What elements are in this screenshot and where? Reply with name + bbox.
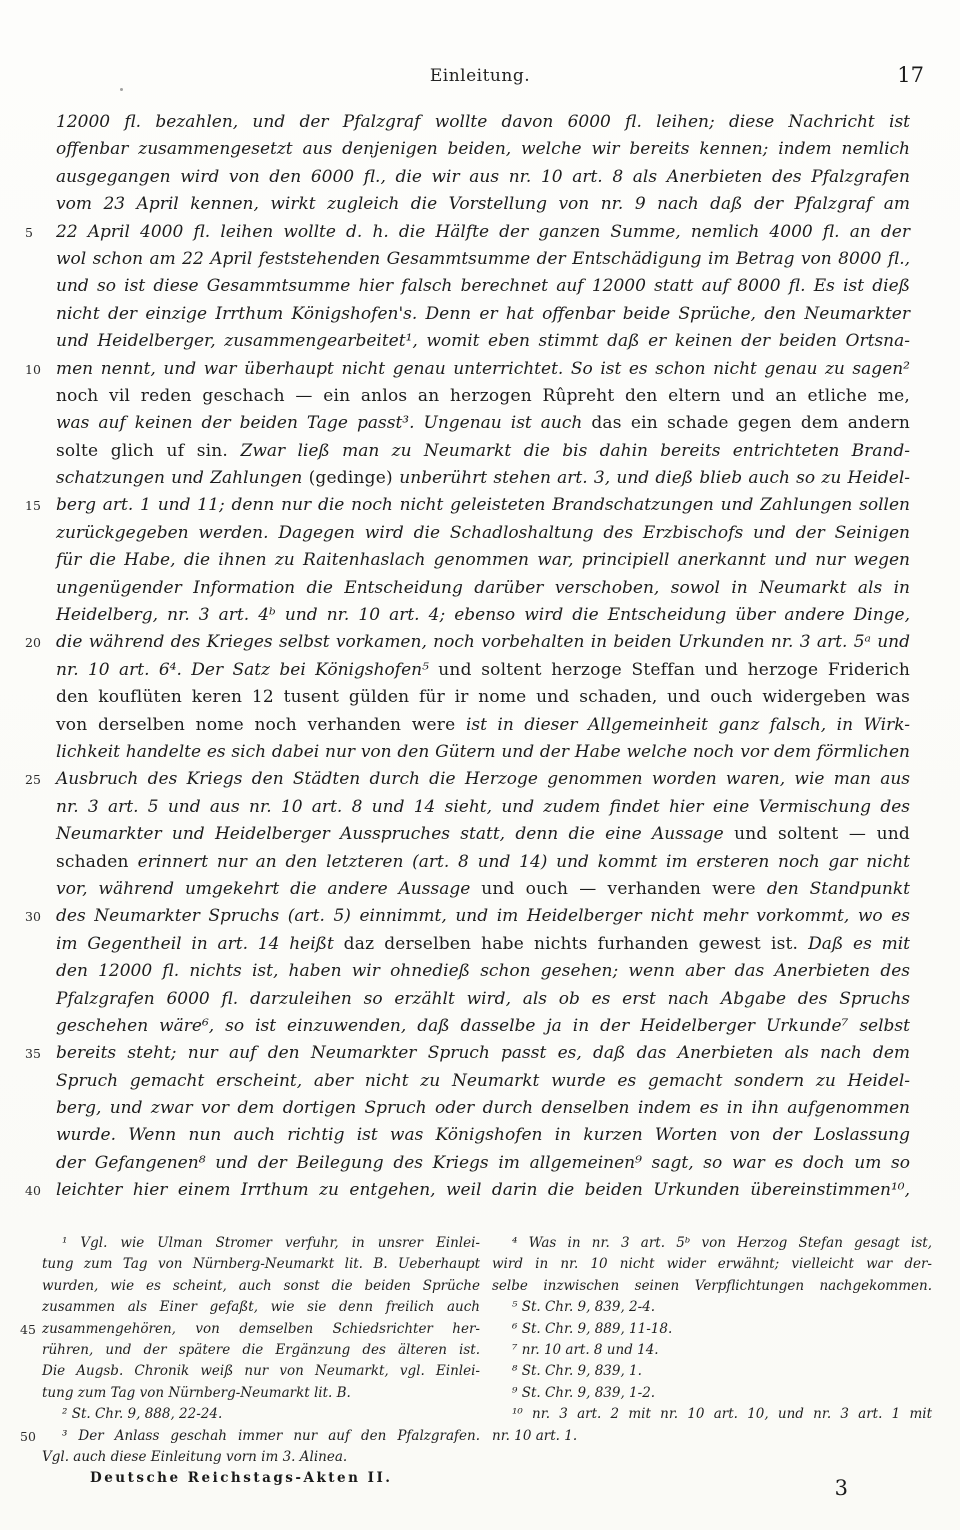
- margin-line-number: 30: [25, 903, 41, 930]
- text-segment: daz derselben habe nichts furhanden gewe…: [344, 934, 808, 954]
- text-line: Pfalzgrafen 6000 fl. darzuleihen so erzä…: [56, 986, 910, 1013]
- margin-line-number: 45: [20, 1319, 36, 1340]
- text-line: Spruch gemacht erscheint, aber nicht zu …: [56, 1068, 910, 1095]
- text-segment: wird in nr. 10 nicht wider erwähnt; viel…: [492, 1256, 932, 1272]
- text-line: nr. 10 art. 6⁴. Der Satz bei Königshofen…: [56, 657, 910, 684]
- text-segment: vom 23 April kennen, wirkt zugleich die …: [56, 194, 910, 214]
- text-segment: geschehen wäre⁶, so ist einzuwenden, daß…: [56, 1016, 910, 1036]
- text-segment: leichter hier einem Irrthum zu entgehen,…: [56, 1180, 910, 1200]
- text-line: von derselben nome noch verhanden were i…: [56, 712, 910, 739]
- text-segment: Neumarkter und Heidelberger Ausspruches …: [56, 824, 734, 844]
- text-segment: nr. 10 art. 6⁴. Der Satz bei Königshofen…: [56, 660, 438, 680]
- text-segment: bereits steht; nur auf den Neumarkter Sp…: [56, 1043, 910, 1063]
- text-segment: zurückgegeben werden. Dagegen wird die S…: [56, 523, 910, 543]
- text-segment: ist in dieser Allgemeinheit ganz falsch,…: [466, 715, 910, 735]
- margin-line-number: 15: [25, 492, 41, 519]
- text-line: ⁸ St. Chr. 9, 839, 1.: [492, 1361, 932, 1382]
- text-segment: ⁷ nr. 10 art. 8 und 14.: [512, 1342, 659, 1358]
- text-line: im Gegentheil in art. 14 heißt daz derse…: [56, 931, 910, 958]
- text-line: nr. 10 art. 1.: [492, 1426, 932, 1447]
- text-segment: den kouflüten keren 12 tusent gülden für…: [56, 687, 910, 707]
- series-title: Deutsche Reichstags-Akten II.: [90, 1470, 392, 1486]
- text-segment: offenbar zusammengesetzt aus denjenigen …: [56, 139, 910, 159]
- text-segment: von derselben nome noch verhanden were: [56, 715, 466, 735]
- text-segment: ¹⁰ nr. 3 art. 2 mit nr. 10 art. 10, und …: [512, 1406, 932, 1422]
- text-segment: tung zum Tag von Nürnberg-Neumarkt lit. …: [42, 1385, 351, 1401]
- text-segment: Spruch gemacht erscheint, aber nicht zu …: [56, 1071, 910, 1091]
- text-segment: Heidelberg, nr. 3 art. 4ᵇ und nr. 10 art…: [56, 605, 910, 625]
- text-segment: unberührt stehen art. 3, und dieß blieb …: [399, 468, 910, 488]
- text-segment: und Heidelberger, zusammengearbeitet¹, w…: [56, 331, 910, 351]
- text-segment: ungenügender Information die Entscheidun…: [56, 578, 910, 598]
- text-segment: Pfalzgrafen 6000 fl. darzuleihen so erzä…: [56, 989, 910, 1009]
- text-line: den 12000 fl. nichts ist, haben wir ohne…: [56, 958, 910, 985]
- text-line: solte glich uf sin. Zwar ließ man zu Neu…: [56, 438, 910, 465]
- text-line: wurde. Wenn nun auch richtig ist was Kön…: [56, 1122, 910, 1149]
- text-segment: nr. 3 art. 5 und aus nr. 10 art. 8 und 1…: [56, 797, 910, 817]
- text-line: vom 23 April kennen, wirkt zugleich die …: [56, 191, 910, 218]
- margin-line-number: 40: [25, 1177, 41, 1204]
- text-line: rühren, und der spätere die Ergänzung de…: [42, 1340, 480, 1361]
- text-line: Neumarkter und Heidelberger Ausspruches …: [56, 821, 910, 848]
- text-line: ⁹ St. Chr. 9, 839, 1-2.: [492, 1383, 932, 1404]
- text-segment: die während des Krieges selbst vorkamen,…: [56, 632, 910, 652]
- text-segment: ⁹ St. Chr. 9, 839, 1-2.: [512, 1385, 655, 1401]
- text-segment: ³ Der Anlass geschah immer nur auf den P…: [62, 1428, 480, 1444]
- text-line: Vgl. auch diese Einleitung vorn im 3. Al…: [42, 1447, 480, 1468]
- text-segment: nr. 10 art. 1.: [492, 1428, 577, 1444]
- text-line: wurden, wie es scheint, auch sonst die b…: [42, 1276, 480, 1297]
- text-segment: Zwar ließ man zu Neumarkt die bis dahin …: [241, 441, 910, 461]
- text-segment: wurde. Wenn nun auch richtig ist was Kön…: [56, 1125, 910, 1145]
- text-segment: schatzungen und Zahlungen: [56, 468, 309, 488]
- margin-line-number: 5: [25, 219, 33, 246]
- margin-line-number: 20: [25, 629, 41, 656]
- footnotes-left-column: ¹ Vgl. wie Ulman Stromer verfuhr, in uns…: [42, 1233, 480, 1468]
- scan-speck: [120, 88, 123, 91]
- text-segment: solte glich uf sin.: [56, 441, 241, 461]
- text-segment: 12000 fl. bezahlen, und der Pfalzgraf wo…: [56, 112, 910, 132]
- text-line: ⁴ Was in nr. 3 art. 5ᵇ von Herzog Stefan…: [492, 1233, 932, 1254]
- text-line: 20die während des Krieges selbst vorkame…: [56, 629, 910, 656]
- text-line: 35bereits steht; nur auf den Neumarkter …: [56, 1040, 910, 1067]
- text-segment: ⁸ St. Chr. 9, 839, 1.: [512, 1363, 642, 1379]
- text-line: noch vil reden geschach — ein anlos an h…: [56, 383, 910, 410]
- text-line: und Heidelberger, zusammengearbeitet¹, w…: [56, 328, 910, 355]
- text-segment: wurden, wie es scheint, auch sonst die b…: [42, 1278, 480, 1294]
- text-segment: ² St. Chr. 9, 888, 22-24.: [62, 1406, 222, 1422]
- text-line: ¹⁰ nr. 3 art. 2 mit nr. 10 art. 10, und …: [492, 1404, 932, 1425]
- text-line: offenbar zusammengesetzt aus denjenigen …: [56, 136, 910, 163]
- text-line: 30des Neumarkter Spruchs (art. 5) einnim…: [56, 903, 910, 930]
- text-segment: und ouch — verhanden were: [481, 879, 767, 899]
- text-line: vor, während umgekehrt die andere Aussag…: [56, 876, 910, 903]
- text-segment: zusammen als Einer gefaßt, wie sie denn …: [42, 1299, 480, 1315]
- text-segment: rühren, und der spätere die Ergänzung de…: [42, 1342, 480, 1358]
- text-line: ² St. Chr. 9, 888, 22-24.: [42, 1404, 480, 1425]
- text-segment: lichkeit handelte es sich dabei nur von …: [56, 742, 910, 762]
- text-segment: und soltent herzoge Steffan und herzoge …: [438, 660, 910, 680]
- text-line: wol schon am 22 April feststehenden Gesa…: [56, 246, 910, 273]
- text-line: wird in nr. 10 nicht wider erwähnt; viel…: [492, 1254, 932, 1275]
- text-line: geschehen wäre⁶, so ist einzuwenden, daß…: [56, 1013, 910, 1040]
- margin-line-number: 35: [25, 1040, 41, 1067]
- text-segment: Die Augsb. Chronik weiß nur von Neumarkt…: [42, 1363, 480, 1379]
- text-line: ausgegangen wird von den 6000 fl., die w…: [56, 164, 910, 191]
- text-segment: ⁵ St. Chr. 9, 839, 2-4.: [512, 1299, 655, 1315]
- text-segment: ⁴ Was in nr. 3 art. 5ᵇ von Herzog Stefan…: [512, 1235, 932, 1251]
- text-line: 10men nennt, und war überhaupt nicht gen…: [56, 356, 910, 383]
- text-segment: Daß es mit: [808, 934, 910, 954]
- text-segment: ⁶ St. Chr. 9, 889, 11-18.: [512, 1321, 672, 1337]
- text-line: ungenügender Information die Entscheidun…: [56, 575, 910, 602]
- text-line: 25Ausbruch des Kriegs den Städten durch …: [56, 766, 910, 793]
- text-segment: des Neumarkter Spruchs (art. 5) einnimmt…: [56, 906, 910, 926]
- text-segment: der Gefangenen⁸ und der Beilegung des Kr…: [56, 1153, 910, 1173]
- running-title: Einleitung.: [0, 66, 960, 86]
- scan-speck: [80, 148, 84, 151]
- text-segment: vor, während umgekehrt die andere Aussag…: [56, 879, 481, 899]
- text-line: 45zusammengehören, von demselben Schieds…: [42, 1319, 480, 1340]
- footnotes-right-column: ⁴ Was in nr. 3 art. 5ᵇ von Herzog Stefan…: [492, 1233, 932, 1447]
- text-segment: und soltent — und: [734, 824, 910, 844]
- text-segment: und so ist diese Gesammtsumme hier falsc…: [56, 276, 910, 296]
- text-line: zurückgegeben werden. Dagegen wird die S…: [56, 520, 910, 547]
- signature-number: 3: [835, 1476, 848, 1500]
- text-line: und so ist diese Gesammtsumme hier falsc…: [56, 273, 910, 300]
- text-line: den kouflüten keren 12 tusent gülden für…: [56, 684, 910, 711]
- text-line: 15berg art. 1 und 11; denn nur die noch …: [56, 492, 910, 519]
- text-segment: ausgegangen wird von den 6000 fl., die w…: [56, 167, 910, 187]
- text-segment: men nennt, und war überhaupt nicht genau…: [56, 359, 910, 379]
- text-line: schatzungen und Zahlungen (gedinge) unbe…: [56, 465, 910, 492]
- text-segment: das ein schade gegen dem andern: [591, 413, 910, 433]
- text-line: 522 April 4000 fl. leihen wollte d. h. d…: [56, 219, 910, 246]
- margin-line-number: 50: [20, 1426, 36, 1447]
- text-line: nr. 3 art. 5 und aus nr. 10 art. 8 und 1…: [56, 794, 910, 821]
- text-segment: den 12000 fl. nichts ist, haben wir ohne…: [56, 961, 910, 981]
- body-text: 12000 fl. bezahlen, und der Pfalzgraf wo…: [56, 109, 910, 1205]
- text-segment: 22 April 4000 fl. leihen wollte d. h. di…: [56, 222, 910, 242]
- text-line: ⁷ nr. 10 art. 8 und 14.: [492, 1340, 932, 1361]
- text-segment: Ausbruch des Kriegs den Städten durch di…: [56, 769, 910, 789]
- text-line: 12000 fl. bezahlen, und der Pfalzgraf wo…: [56, 109, 910, 136]
- text-line: der Gefangenen⁸ und der Beilegung des Kr…: [56, 1150, 910, 1177]
- text-segment: tung zum Tag von Nürnberg-Neumarkt lit. …: [42, 1256, 480, 1272]
- text-segment: berg, und zwar vor dem dortigen Spruch o…: [56, 1098, 910, 1118]
- text-segment: selbe inzwischen seinen Verpflichtungen …: [492, 1278, 932, 1294]
- text-line: Die Augsb. Chronik weiß nur von Neumarkt…: [42, 1361, 480, 1382]
- text-segment: im Gegentheil in art. 14 heißt: [56, 934, 344, 954]
- text-line: schaden erinnert nur an den letzteren (a…: [56, 849, 910, 876]
- text-segment: Vgl. auch diese Einleitung vorn im 3. Al…: [42, 1449, 347, 1465]
- text-segment: wol schon am 22 April feststehenden Gesa…: [56, 249, 910, 269]
- text-line: 50³ Der Anlass geschah immer nur auf den…: [42, 1426, 480, 1447]
- text-line: 40leichter hier einem Irrthum zu entgehe…: [56, 1177, 910, 1204]
- book-page: Einleitung. 17 12000 fl. bezahlen, und d…: [0, 0, 960, 1530]
- text-line: ⁵ St. Chr. 9, 839, 2-4.: [492, 1297, 932, 1318]
- text-line: nicht der einzige Irrthum Königshofen's.…: [56, 301, 910, 328]
- text-segment: erinnert nur an den letzteren (art. 8 un…: [138, 852, 910, 872]
- text-line: ⁶ St. Chr. 9, 889, 11-18.: [492, 1319, 932, 1340]
- text-segment: was auf keinen der beiden Tage passt³. U…: [56, 413, 591, 433]
- text-segment: zusammengehören, von demselben Schiedsri…: [42, 1321, 480, 1337]
- page-number: 17: [897, 63, 924, 87]
- text-line: lichkeit handelte es sich dabei nur von …: [56, 739, 910, 766]
- text-line: zusammen als Einer gefaßt, wie sie denn …: [42, 1297, 480, 1318]
- text-line: tung zum Tag von Nürnberg-Neumarkt lit. …: [42, 1383, 480, 1404]
- text-line: selbe inzwischen seinen Verpflichtungen …: [492, 1276, 932, 1297]
- text-line: ¹ Vgl. wie Ulman Stromer verfuhr, in uns…: [42, 1233, 480, 1254]
- text-line: was auf keinen der beiden Tage passt³. U…: [56, 410, 910, 437]
- text-segment: (gedinge): [309, 468, 400, 488]
- text-segment: für die Habe, die ihnen zu Raitenhaslach…: [56, 550, 910, 570]
- text-segment: noch vil reden geschach — ein anlos an h…: [56, 386, 910, 406]
- text-segment: schaden: [56, 852, 138, 872]
- text-segment: ¹ Vgl. wie Ulman Stromer verfuhr, in uns…: [62, 1235, 480, 1251]
- margin-line-number: 25: [25, 766, 41, 793]
- text-line: tung zum Tag von Nürnberg-Neumarkt lit. …: [42, 1254, 480, 1275]
- text-line: Heidelberg, nr. 3 art. 4ᵇ und nr. 10 art…: [56, 602, 910, 629]
- margin-line-number: 10: [25, 356, 41, 383]
- text-line: berg, und zwar vor dem dortigen Spruch o…: [56, 1095, 910, 1122]
- text-segment: nicht der einzige Irrthum Königshofen's.…: [56, 304, 910, 324]
- text-line: für die Habe, die ihnen zu Raitenhaslach…: [56, 547, 910, 574]
- text-segment: berg art. 1 und 11; denn nur die noch ni…: [56, 495, 910, 515]
- text-segment: den Standpunkt: [767, 879, 910, 899]
